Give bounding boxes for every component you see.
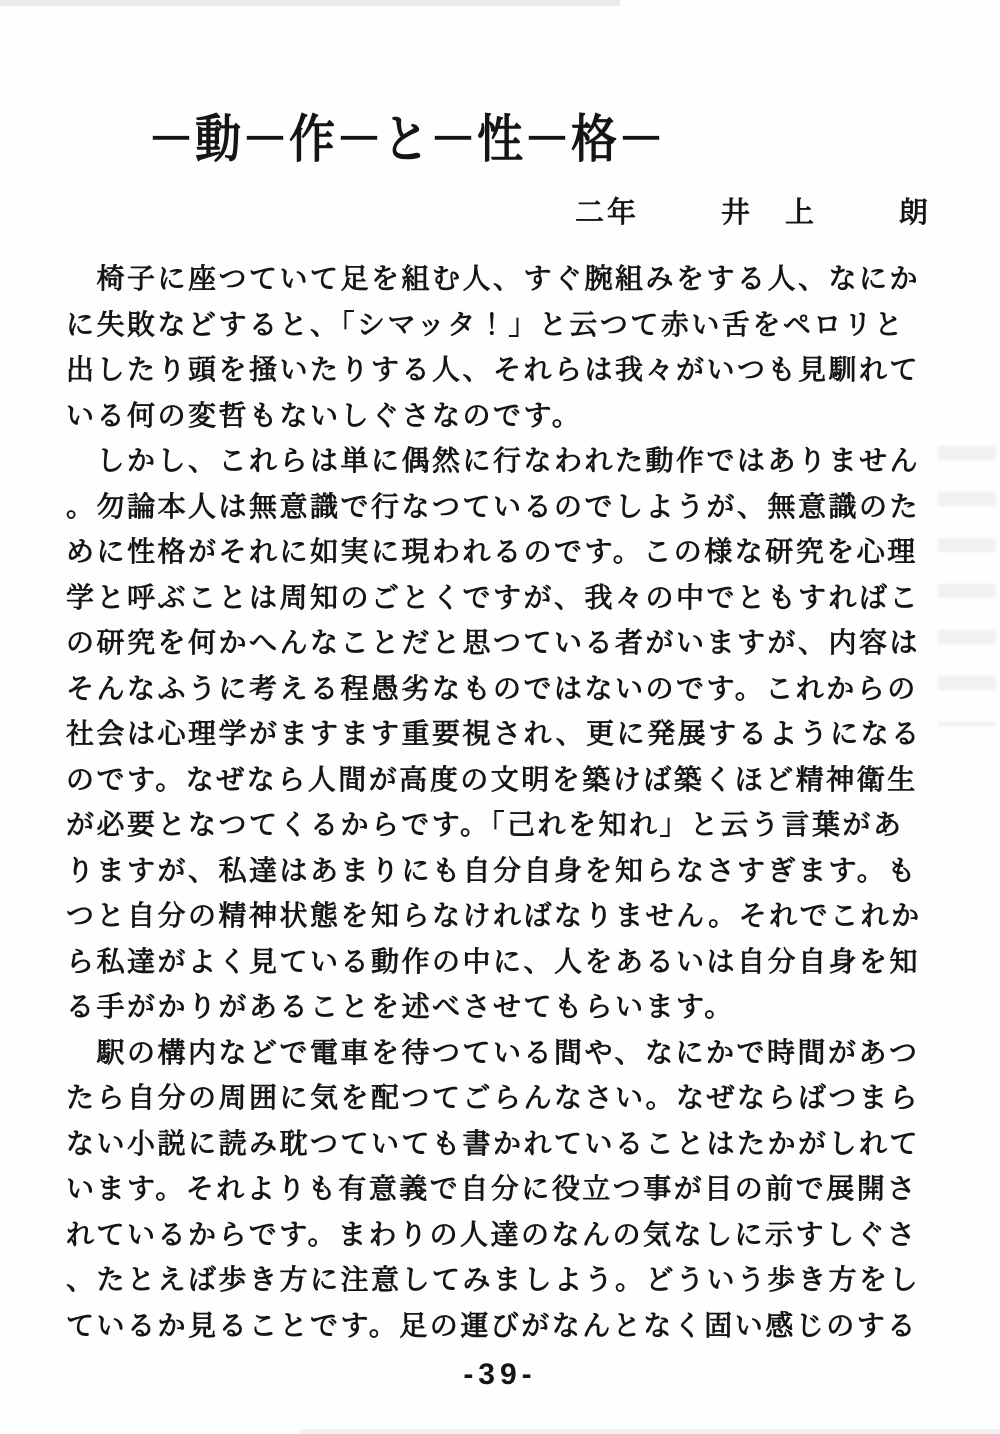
text-line: の研究を何かへんなことだと思つている者がいますが、内容は bbox=[66, 620, 942, 666]
text-line: 社会は心理学がますます重要視され、更に発展するようになる bbox=[66, 711, 942, 757]
text-line: のです。なぜなら人間が高度の文明を築けば築くほど精神衛生 bbox=[66, 757, 942, 803]
page-number: -39- bbox=[0, 1358, 1000, 1392]
text-line: つと自分の精神状態を知らなければなりません。それでこれか bbox=[66, 893, 942, 939]
text-line: ない小説に読み耽つていても書かれていることはたかがしれて bbox=[66, 1121, 942, 1167]
body-text: 椅子に座つていて足を組む人、すぐ腕組みをする人、なにか に失敗などすると、「シマ… bbox=[66, 256, 942, 1348]
text-line: めに性格がそれに如実に現われるのです。この様な研究を心理 bbox=[66, 529, 942, 575]
scan-artifact-top bbox=[0, 0, 620, 6]
byline-grade: 二年 bbox=[575, 190, 639, 231]
byline-given-name: 朗 bbox=[899, 190, 931, 231]
text-line: りますが、私達はあまりにも自分自身を知らなさすぎます。も bbox=[66, 848, 942, 894]
scanned-document-page: －動－作－と－性－格－ 二年 井 上 朗 椅子に座つていて足を組む人、すぐ腕組み… bbox=[0, 0, 1000, 1434]
page-title: －動－作－と－性－格－ bbox=[148, 99, 665, 173]
byline: 二年 井 上 朗 bbox=[575, 190, 931, 231]
text-line: 。勿論本人は無意識で行なつているのでしようが、無意識のた bbox=[66, 484, 942, 530]
text-line: います。それよりも有意義で自分に役立つ事が目の前で展開さ bbox=[66, 1166, 942, 1212]
text-line: 学と呼ぶことは周知のごとくですが、我々の中でともすればこ bbox=[66, 575, 942, 621]
text-line: る手がかりがあることを述べさせてもらいます。 bbox=[66, 984, 942, 1030]
scan-artifact-bottom bbox=[300, 1429, 1000, 1434]
text-line: 椅子に座つていて足を組む人、すぐ腕組みをする人、なにか bbox=[66, 256, 942, 302]
text-line: 出したり頭を掻いたりする人、それらは我々がいつも見馴れて bbox=[66, 347, 942, 393]
text-line: ているか見ることです。足の運びがなんとなく固い感じのする bbox=[66, 1303, 942, 1349]
text-line: いる何の変哲もないしぐさなのです。 bbox=[66, 393, 942, 439]
text-line: そんなふうに考える程愚劣なものではないのです。これからの bbox=[66, 666, 942, 712]
text-line: に失敗などすると、「シマッタ！」と云つて赤い舌をペロリと bbox=[66, 302, 942, 348]
scan-artifact-bleedthrough bbox=[938, 446, 996, 726]
text-line: れているからです。まわりの人達のなんの気なしに示すしぐさ bbox=[66, 1212, 942, 1258]
text-line: 、たとえば歩き方に注意してみましよう。どういう歩き方をし bbox=[66, 1257, 942, 1303]
byline-family-name: 井 上 bbox=[721, 190, 817, 231]
text-line: しかし、これらは単に偶然に行なわれた動作ではありません bbox=[66, 438, 942, 484]
text-line: 駅の構内などで電車を待つている間や、なにかで時間があつ bbox=[66, 1030, 942, 1076]
text-line: たら自分の周囲に気を配つてごらんなさい。なぜならばつまら bbox=[66, 1075, 942, 1121]
text-line: が必要となつてくるからです。「己れを知れ」と云う言葉があ bbox=[66, 802, 942, 848]
text-line: ら私達がよく見ている動作の中に、人をあるいは自分自身を知 bbox=[66, 939, 942, 985]
